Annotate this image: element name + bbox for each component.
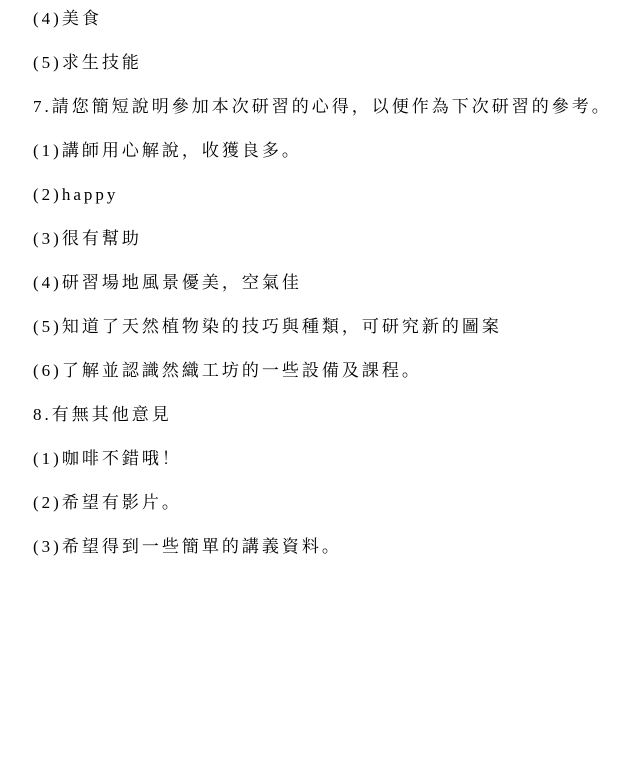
answer-7-item-6: (6)了解並認識然織工坊的一些設備及課程。 — [33, 358, 613, 402]
document-body: (4)美食 (5)求生技能 7.請您簡短說明參加本次研習的心得，以便作為下次研習… — [33, 6, 613, 578]
answer-8-item-1: (1)咖啡不錯哦！ — [33, 446, 613, 490]
answer-7-item-3: (3)很有幫助 — [33, 226, 613, 270]
answer-item-food: (4)美食 — [33, 6, 613, 50]
answer-8-item-2: (2)希望有影片。 — [33, 490, 613, 534]
answer-7-item-4: (4)研習場地風景優美，空氣佳 — [33, 270, 613, 314]
question-7: 7.請您簡短說明參加本次研習的心得，以便作為下次研習的參考。 — [33, 94, 613, 138]
answer-8-item-3: (3)希望得到一些簡單的講義資料。 — [33, 534, 613, 578]
question-8: 8.有無其他意見 — [33, 402, 613, 446]
answer-item-survival-skills: (5)求生技能 — [33, 50, 613, 94]
answer-7-item-2: (2)happy — [33, 182, 613, 226]
answer-7-item-5: (5)知道了天然植物染的技巧與種類，可研究新的圖案 — [33, 314, 613, 358]
answer-7-item-1: (1)講師用心解說，收獲良多。 — [33, 138, 613, 182]
